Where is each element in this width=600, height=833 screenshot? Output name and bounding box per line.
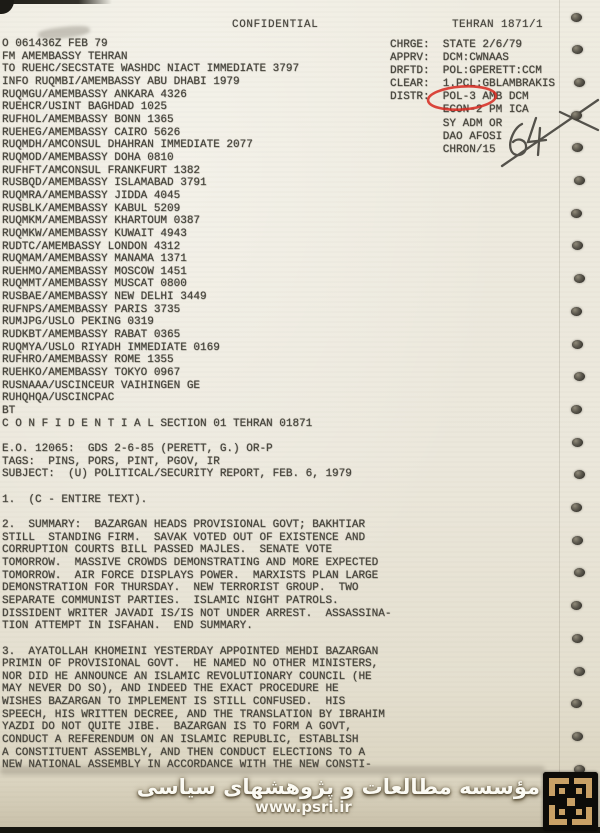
punch-hole [571, 699, 582, 708]
punch-hole [571, 503, 582, 512]
punch-hole [571, 209, 582, 218]
punch-hole [572, 340, 583, 349]
punch-hole [574, 568, 585, 577]
punch-hole [572, 45, 583, 54]
punch-hole [572, 438, 583, 447]
telegram-message-text: O 061436Z FEB 79 FM AMEMBASSY TEHRAN TO … [2, 38, 391, 772]
punch-hole [571, 405, 582, 414]
punch-hole [572, 732, 583, 741]
punch-hole [572, 536, 583, 545]
handwritten-mark [430, 58, 600, 190]
punch-hole [572, 634, 583, 643]
scanned-telegram-page: CONFIDENTIAL TEHRAN 1871/1 O 061436Z FEB… [0, 0, 600, 833]
scan-edge-top [0, 0, 112, 4]
punch-hole [574, 667, 585, 676]
punch-hole [574, 470, 585, 479]
punch-hole [571, 13, 582, 22]
psri-logo [543, 772, 598, 831]
document-reference: TEHRAN 1871/1 [452, 19, 543, 31]
archive-watermark: مؤسسه مطالعات و پژوهشهای سیاسی www.psri.… [137, 774, 540, 816]
watermark-url: www.psri.ir [137, 798, 540, 816]
punch-hole [571, 307, 582, 316]
punch-hole [571, 601, 582, 610]
classification-header: CONFIDENTIAL [232, 19, 318, 31]
punch-hole [574, 372, 585, 381]
scan-edge-bottom [0, 827, 600, 833]
watermark-institute-name: مؤسسه مطالعات و پژوهشهای سیاسی [137, 774, 540, 800]
scan-corner-mark [0, 0, 14, 14]
punch-hole [574, 274, 585, 283]
punch-hole [572, 241, 583, 250]
psri-logo-icon [543, 772, 598, 831]
